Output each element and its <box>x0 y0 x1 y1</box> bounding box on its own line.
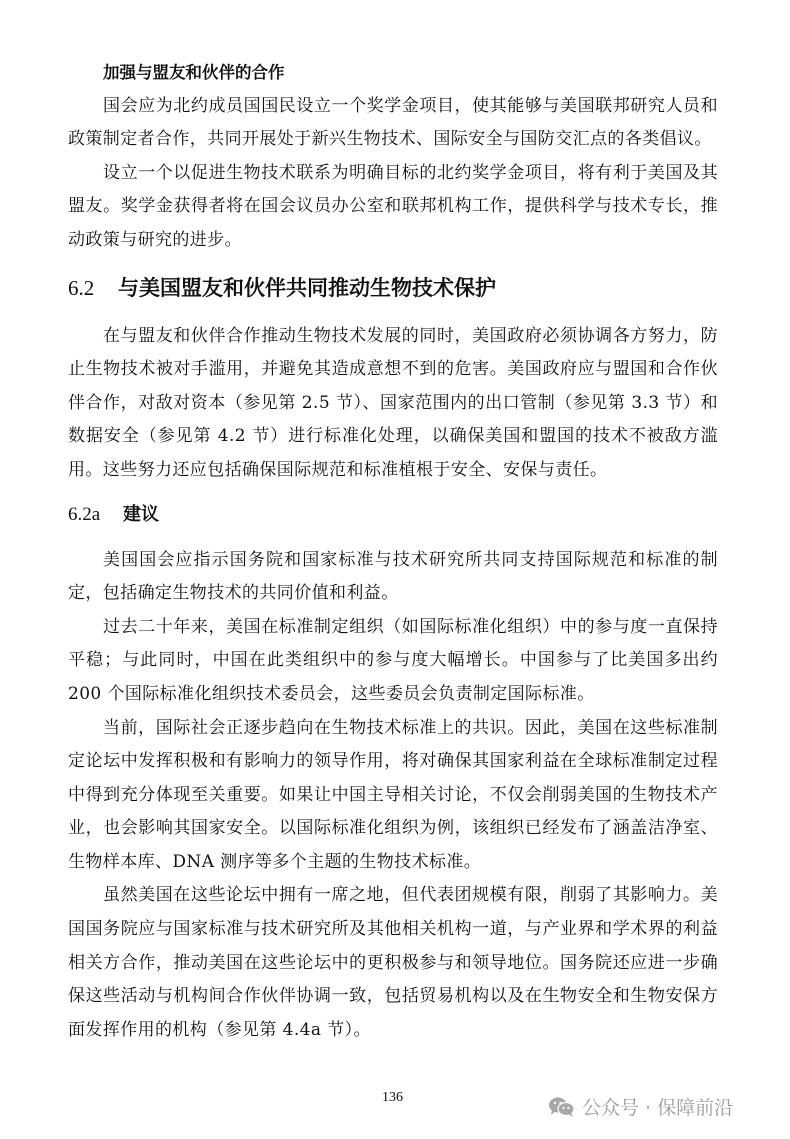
section-title: 与美国盟友和伙伴共同推动生物技术保护 <box>118 276 496 300</box>
paragraph: 虽然美国在这些论坛中拥有一席之地，但代表团规模有限，削弱了其影响力。美国国务院应… <box>68 879 718 1047</box>
section-heading-6-2a: 6.2a建议 <box>68 496 718 534</box>
section-number: 6.2a <box>68 496 123 534</box>
document-page: 加强与盟友和伙伴的合作 国会应为北约成员国国民设立一个奖学金项目，使其能够与美国… <box>68 56 718 1047</box>
watermark-text: 公众号 · 保障前沿 <box>582 1093 733 1120</box>
paragraph: 过去二十年来，美国在标准制定组织（如国际标准化组织）中的参与度一直保持平稳；与此… <box>68 611 718 712</box>
paragraph: 在与盟友和伙伴合作推动生物技术发展的同时，美国政府必须协调各方努力，防止生物技术… <box>68 320 718 488</box>
paragraph: 设立一个以促进生物技术联系为明确目标的北约奖学金项目，将有利于美国及其盟友。奖学… <box>68 157 718 258</box>
wechat-icon <box>548 1096 576 1118</box>
paragraph: 当前，国际社会正逐步趋向在生物技术标准上的共识。因此，美国在这些标准制定论坛中发… <box>68 712 718 880</box>
paragraph: 美国国会应指示国务院和国家标准与技术研究所共同支持国际规范和标准的制定，包括确定… <box>68 544 718 611</box>
section-heading-6-2: 6.2与美国盟友和伙伴共同推动生物技术保护 <box>68 268 718 308</box>
page-number: 136 <box>382 1090 403 1106</box>
paragraph: 国会应为北约成员国国民设立一个奖学金项目，使其能够与美国联邦研究人员和政策制定者… <box>68 90 718 157</box>
section-number: 6.2 <box>68 268 118 308</box>
subheading: 加强与盟友和伙伴的合作 <box>68 56 718 90</box>
watermark: 公众号 · 保障前沿 <box>548 1093 733 1120</box>
section-title: 建议 <box>123 504 159 525</box>
